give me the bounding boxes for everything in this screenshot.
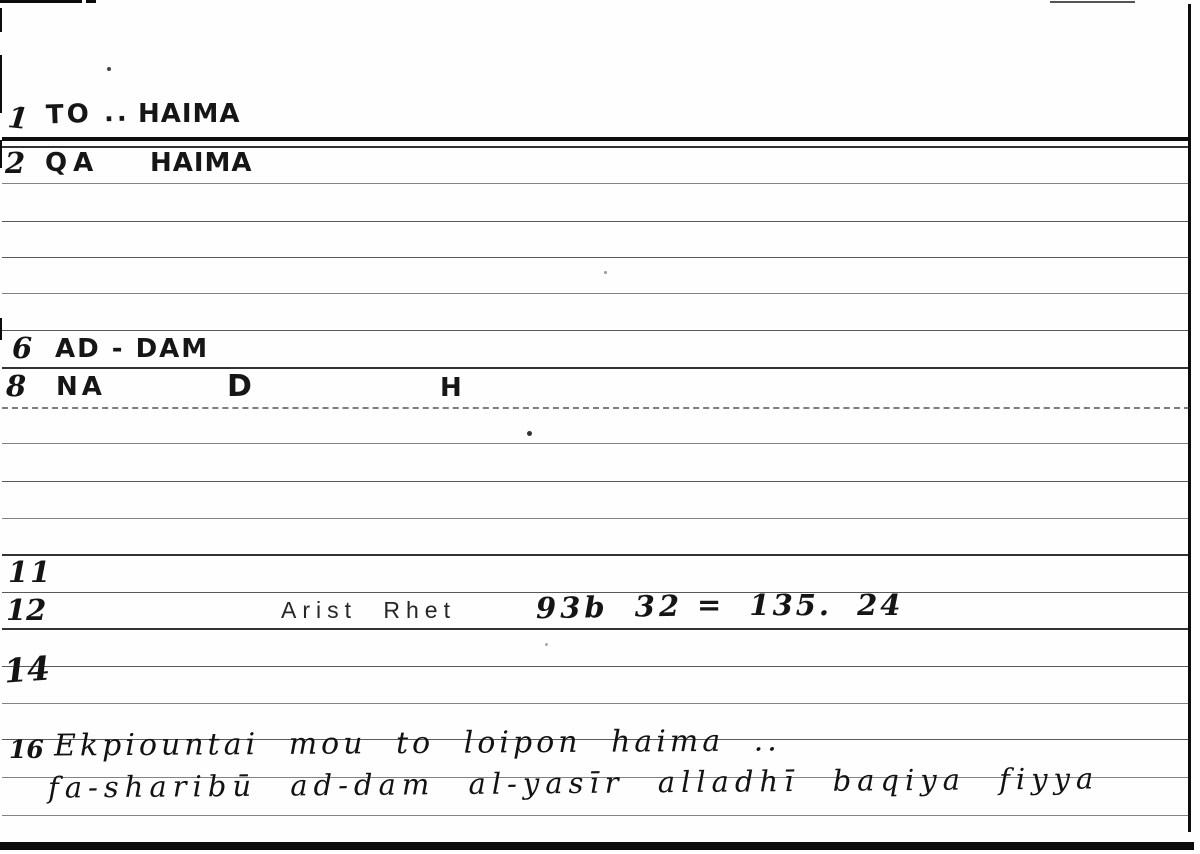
category-label-na: NA	[56, 372, 106, 402]
ruled-line	[2, 703, 1190, 704]
arabic-headword: AD - DAM	[55, 334, 209, 364]
card-edge-top-dash	[86, 0, 96, 3]
card-edge-left-1	[0, 8, 2, 32]
card-edge-bottom	[0, 842, 1194, 850]
ruled-line	[2, 554, 1190, 556]
entry-number-1: 1	[6, 100, 30, 136]
card-edge-left-2	[0, 55, 2, 113]
scan-speck	[527, 431, 532, 436]
card-edge-top-left	[0, 0, 82, 3]
ruled-line	[2, 443, 1190, 444]
scan-speck	[545, 643, 548, 646]
greek-quotation: Ekpiountai mou to loipon haima ..	[54, 723, 781, 763]
translation-locus: = 135. 24	[697, 588, 903, 622]
column-mark-h: H	[440, 373, 464, 403]
ruled-line-dashed	[2, 407, 1190, 409]
ruled-line	[2, 330, 1190, 331]
card-edge-top-right	[1050, 1, 1135, 3]
ruled-line	[2, 666, 1190, 667]
greek-headword-line1: HAIMA	[138, 99, 241, 129]
entry-number-6: 6	[12, 331, 32, 365]
scan-speck	[107, 67, 111, 71]
card-edge-left-3	[0, 140, 2, 168]
ruled-line	[2, 183, 1190, 184]
greek-article: TO ..	[46, 98, 131, 131]
entry-number-2: 2	[5, 146, 25, 180]
entry-number-11: 11	[8, 555, 52, 589]
ruled-line	[2, 481, 1190, 482]
card-edge-left-4	[0, 318, 2, 340]
category-label-qa: QA	[45, 148, 99, 178]
ruled-line	[2, 257, 1190, 258]
entry-number-16: 16	[9, 735, 44, 764]
arabic-quotation: fa-sharibū ad-dam al-yasīr alladhī baqiy…	[48, 761, 1100, 804]
ruled-line	[2, 628, 1190, 630]
ruled-line	[2, 815, 1190, 816]
column-mark-d: D	[227, 369, 254, 404]
ruled-line	[2, 293, 1190, 294]
greek-headword-line2: HAIMA	[150, 148, 253, 178]
ruled-line	[2, 221, 1190, 222]
ruled-line	[2, 367, 1190, 369]
scan-speck	[604, 271, 607, 274]
card-edge-right	[1188, 4, 1191, 832]
ruled-line	[2, 518, 1190, 519]
index-card: 1 TO .. HAIMA 2 QA HAIMA 6 AD - DAM 8 NA…	[0, 0, 1200, 854]
entry-number-12: 12	[6, 593, 46, 627]
source-citation: Arist Rhet	[281, 597, 456, 624]
entry-number-14: 14	[3, 648, 52, 690]
bekker-locus: 93b 32	[536, 589, 684, 626]
entry-number-8: 8	[6, 369, 26, 403]
ruled-line	[2, 137, 1190, 141]
